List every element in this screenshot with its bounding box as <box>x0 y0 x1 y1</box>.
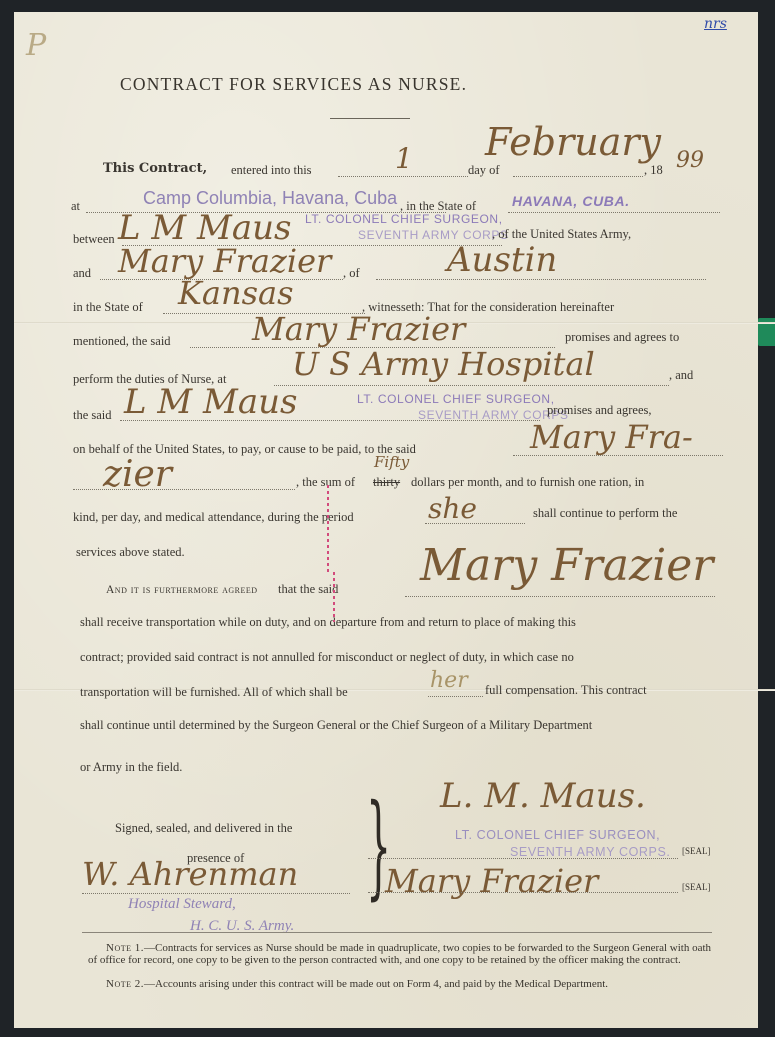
compensation-field-line <box>428 696 483 697</box>
nurse-name-3: Mary Frazier <box>420 540 713 591</box>
mentioned-text: mentioned, the said <box>73 334 171 349</box>
title-rule <box>330 118 410 119</box>
promises-to-text: promises and agrees to <box>565 330 679 345</box>
seal-label-1: [SEAL] <box>682 846 711 856</box>
note-2-label: Note 2. <box>106 978 144 990</box>
agreed-lead: And it is furthermore agreed <box>106 584 258 596</box>
nurse-name-3-line <box>405 596 715 597</box>
day-field-line <box>338 176 468 177</box>
witness-signature: W. Ahrenman <box>82 855 298 893</box>
officer-signature-line <box>368 858 678 859</box>
services-text: services above stated. <box>76 545 185 560</box>
the-said-text: the said <box>73 408 112 423</box>
nurse-name-2b: zier <box>103 454 172 495</box>
struck-amount: thirty <box>373 475 400 490</box>
state-value: Kansas <box>178 274 294 312</box>
transport-line-1: shall receive transportation while on du… <box>80 615 576 630</box>
place-stamp: Camp Columbia, Havana, Cuba <box>143 188 397 209</box>
nurse-name-1: Mary Frazier <box>252 310 465 348</box>
of-text: , of <box>343 266 360 281</box>
note-1: Note 1.—Contracts for services as Nurse … <box>88 942 720 966</box>
document-title: CONTRACT FOR SERVICES AS NURSE. <box>120 74 467 95</box>
nurse-signature-line <box>368 892 678 893</box>
officer-name-2: L M Maus <box>124 382 297 422</box>
amount-value: Fifty <box>374 453 409 471</box>
continue-line-4: shall continue until determined by the S… <box>80 718 592 733</box>
promises-agrees-text: promises and agrees, <box>547 403 651 418</box>
note-1-text: —Contracts for services as Nurse should … <box>88 942 711 966</box>
contract-lead: This Contract, <box>103 161 207 176</box>
margin-mark-nrs: nrs <box>704 16 727 32</box>
kind-text: kind, per day, and medical attendance, d… <box>73 510 354 525</box>
officer-stamp-line2: SEVENTH ARMY CORPS. <box>510 845 671 859</box>
between-text: between <box>73 232 115 247</box>
city-value: Austin <box>447 240 557 280</box>
party1-stamp-line1: LT. COLONEL CHIEF SURGEON, <box>305 212 503 226</box>
compensation-value: her <box>430 668 468 693</box>
signed-sealed-text: Signed, sealed, and delivered in the <box>115 821 292 836</box>
that-said-text: that the said <box>278 582 338 597</box>
sum-of-text: , the sum of <box>296 475 355 490</box>
period-value: she <box>428 492 477 525</box>
shall-continue-text: shall continue to perform the <box>533 506 677 521</box>
nurse-name-2a: Mary Fra- <box>530 418 693 456</box>
witness-signature-line <box>82 893 350 894</box>
notes-divider <box>82 932 712 933</box>
note-1-label: Note 1. <box>106 942 144 954</box>
transport-line-3b: full compensation. This contract <box>485 683 647 698</box>
nurse-signature: Mary Frazier <box>385 862 598 900</box>
hospital-field-line <box>274 385 669 386</box>
officer-stamp-line1: LT. COLONEL CHIEF SURGEON, <box>455 828 660 842</box>
day-value: 1 <box>395 142 413 175</box>
dollars-text: dollars per month, and to furnish one ra… <box>411 475 644 490</box>
seal-label-2: [SEAL] <box>682 882 711 892</box>
officer-signature: L. M. Maus. <box>440 776 646 816</box>
hospital-value: U S Army Hospital <box>292 345 595 383</box>
note-2: Note 2.—Accounts arising under this cont… <box>106 978 726 990</box>
and-text: and <box>73 266 91 281</box>
and-end-text: , and <box>669 368 693 383</box>
day-of-text: day of <box>468 163 500 178</box>
witness-stamp-line1: Hospital Steward, <box>128 896 236 913</box>
margin-mark-p: P <box>26 28 46 63</box>
month-value: February <box>485 120 661 164</box>
state-field-line <box>508 212 720 213</box>
year-value: 99 <box>676 148 704 173</box>
year-prefix: , 18 <box>644 163 663 178</box>
note-2-text: —Accounts arising under this contract wi… <box>144 978 608 990</box>
transport-line-2: contract; provided said contract is not … <box>80 650 574 665</box>
pink-mark-vertical-2 <box>333 572 335 622</box>
pink-mark-vertical <box>327 485 329 575</box>
continue-line-5: or Army in the field. <box>80 760 182 775</box>
entered-text: entered into this <box>231 163 312 178</box>
in-state-of-2-text: in the State of <box>73 300 143 315</box>
officer-stamp-2-line1: LT. COLONEL CHIEF SURGEON, <box>357 392 555 406</box>
state-stamp: HAVANA, CUBA. <box>512 193 630 209</box>
month-field-line <box>513 176 643 177</box>
at-text: at <box>71 199 80 214</box>
transport-line-3a: transportation will be furnished. All of… <box>80 685 348 700</box>
